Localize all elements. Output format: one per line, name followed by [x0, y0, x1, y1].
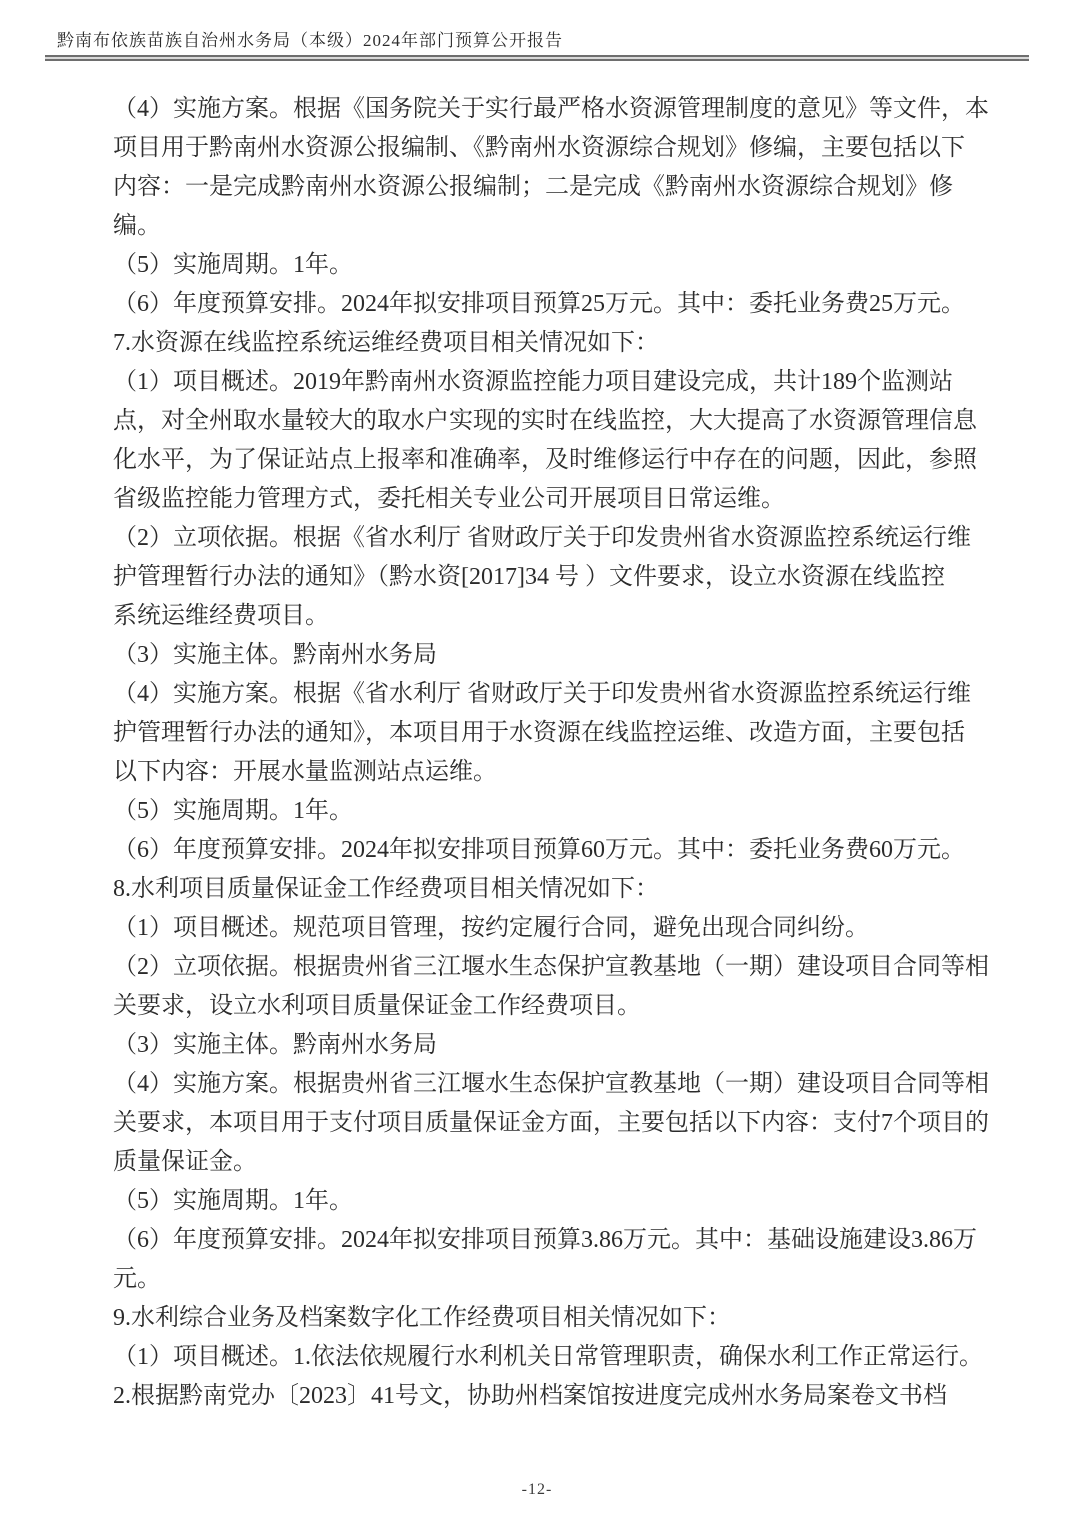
- text-line: 关要求，本项目用于支付项目质量保证金方面，主要包括以下内容：支付7个项目的: [113, 1104, 973, 1143]
- text-line: （1）项目概述。1.依法依规履行水利机关日常管理职责，确保水利工作正常运行。: [113, 1338, 973, 1377]
- text-line: 质量保证金。: [113, 1143, 973, 1182]
- text-line: 元。: [113, 1260, 973, 1299]
- text-line: （4）实施方案。根据《国务院关于实行最严格水资源管理制度的意见》等文件，本: [113, 90, 973, 129]
- text-line: 2.根据黔南党办〔2023〕41号文，协助州档案馆按进度完成州水务局案卷文书档: [113, 1377, 973, 1416]
- text-line: 省级监控能力管理方式，委托相关专业公司开展项目日常运维。: [113, 480, 973, 519]
- text-line: 9.水利综合业务及档案数字化工作经费项目相关情况如下：: [113, 1299, 973, 1338]
- text-line: （5）实施周期。1年。: [113, 792, 973, 831]
- text-line: 项目用于黔南州水资源公报编制、《黔南州水资源综合规划》修编，主要包括以下: [113, 129, 973, 168]
- text-line: 8.水利项目质量保证金工作经费项目相关情况如下：: [113, 870, 973, 909]
- text-line: 护管理暂行办法的通知》，本项目用于水资源在线监控运维、改造方面，主要包括: [113, 714, 973, 753]
- text-line: 编。: [113, 207, 973, 246]
- text-line: （1）项目概述。2019年黔南州水资源监控能力项目建设完成，共计189个监测站: [113, 363, 973, 402]
- text-line: 系统运维经费项目。: [113, 597, 973, 636]
- text-line: 以下内容：开展水量监测站点运维。: [113, 753, 973, 792]
- text-line: （5）实施周期。1年。: [113, 1182, 973, 1221]
- text-line: （3）实施主体。黔南州水务局: [113, 1026, 973, 1065]
- text-line: （6）年度预算安排。2024年拟安排项目预算25万元。其中：委托业务费25万元。: [113, 285, 973, 324]
- text-line: 护管理暂行办法的通知》（黔水资[2017]34 号 ）文件要求，设立水资源在线监…: [113, 558, 973, 597]
- text-line: （5）实施周期。1年。: [113, 246, 973, 285]
- text-line: （6）年度预算安排。2024年拟安排项目预算3.86万元。其中：基础设施建设3.…: [113, 1221, 973, 1260]
- page-number: -12-: [522, 1481, 553, 1498]
- text-line: （2）立项依据。根据《省水利厅 省财政厅关于印发贵州省水资源监控系统运行维: [113, 519, 973, 558]
- document-header-title: 黔南布依族苗族自治州水务局（本级）2024年部门预算公开报告: [57, 26, 563, 51]
- text-line: （6）年度预算安排。2024年拟安排项目预算60万元。其中：委托业务费60万元。: [113, 831, 973, 870]
- text-line: （1）项目概述。规范项目管理，按约定履行合同，避免出现合同纠纷。: [113, 909, 973, 948]
- text-line: （2）立项依据。根据贵州省三江堰水生态保护宣教基地（一期）建设项目合同等相: [113, 948, 973, 987]
- text-line: 7.水资源在线监控系统运维经费项目相关情况如下：: [113, 324, 973, 363]
- text-line: 化水平，为了保证站点上报率和准确率，及时维修运行中存在的问题，因此，参照: [113, 441, 973, 480]
- text-line: （4）实施方案。根据《省水利厅 省财政厅关于印发贵州省水资源监控系统运行维: [113, 675, 973, 714]
- header-divider: [45, 55, 1029, 61]
- document-page: 黔南布依族苗族自治州水务局（本级）2024年部门预算公开报告 （4）实施方案。根…: [0, 0, 1074, 1520]
- text-line: （4）实施方案。根据贵州省三江堰水生态保护宣教基地（一期）建设项目合同等相: [113, 1065, 973, 1104]
- text-line: 关要求，设立水利项目质量保证金工作经费项目。: [113, 987, 973, 1026]
- text-line: （3）实施主体。黔南州水务局: [113, 636, 973, 675]
- text-line: 内容：一是完成黔南州水资源公报编制；二是完成《黔南州水资源综合规划》修: [113, 168, 973, 207]
- document-body: （4）实施方案。根据《国务院关于实行最严格水资源管理制度的意见》等文件，本项目用…: [113, 90, 973, 1416]
- page-footer: -12-: [0, 1481, 1074, 1499]
- text-line: 点，对全州取水量较大的取水户实现的实时在线监控，大大提高了水资源管理信息: [113, 402, 973, 441]
